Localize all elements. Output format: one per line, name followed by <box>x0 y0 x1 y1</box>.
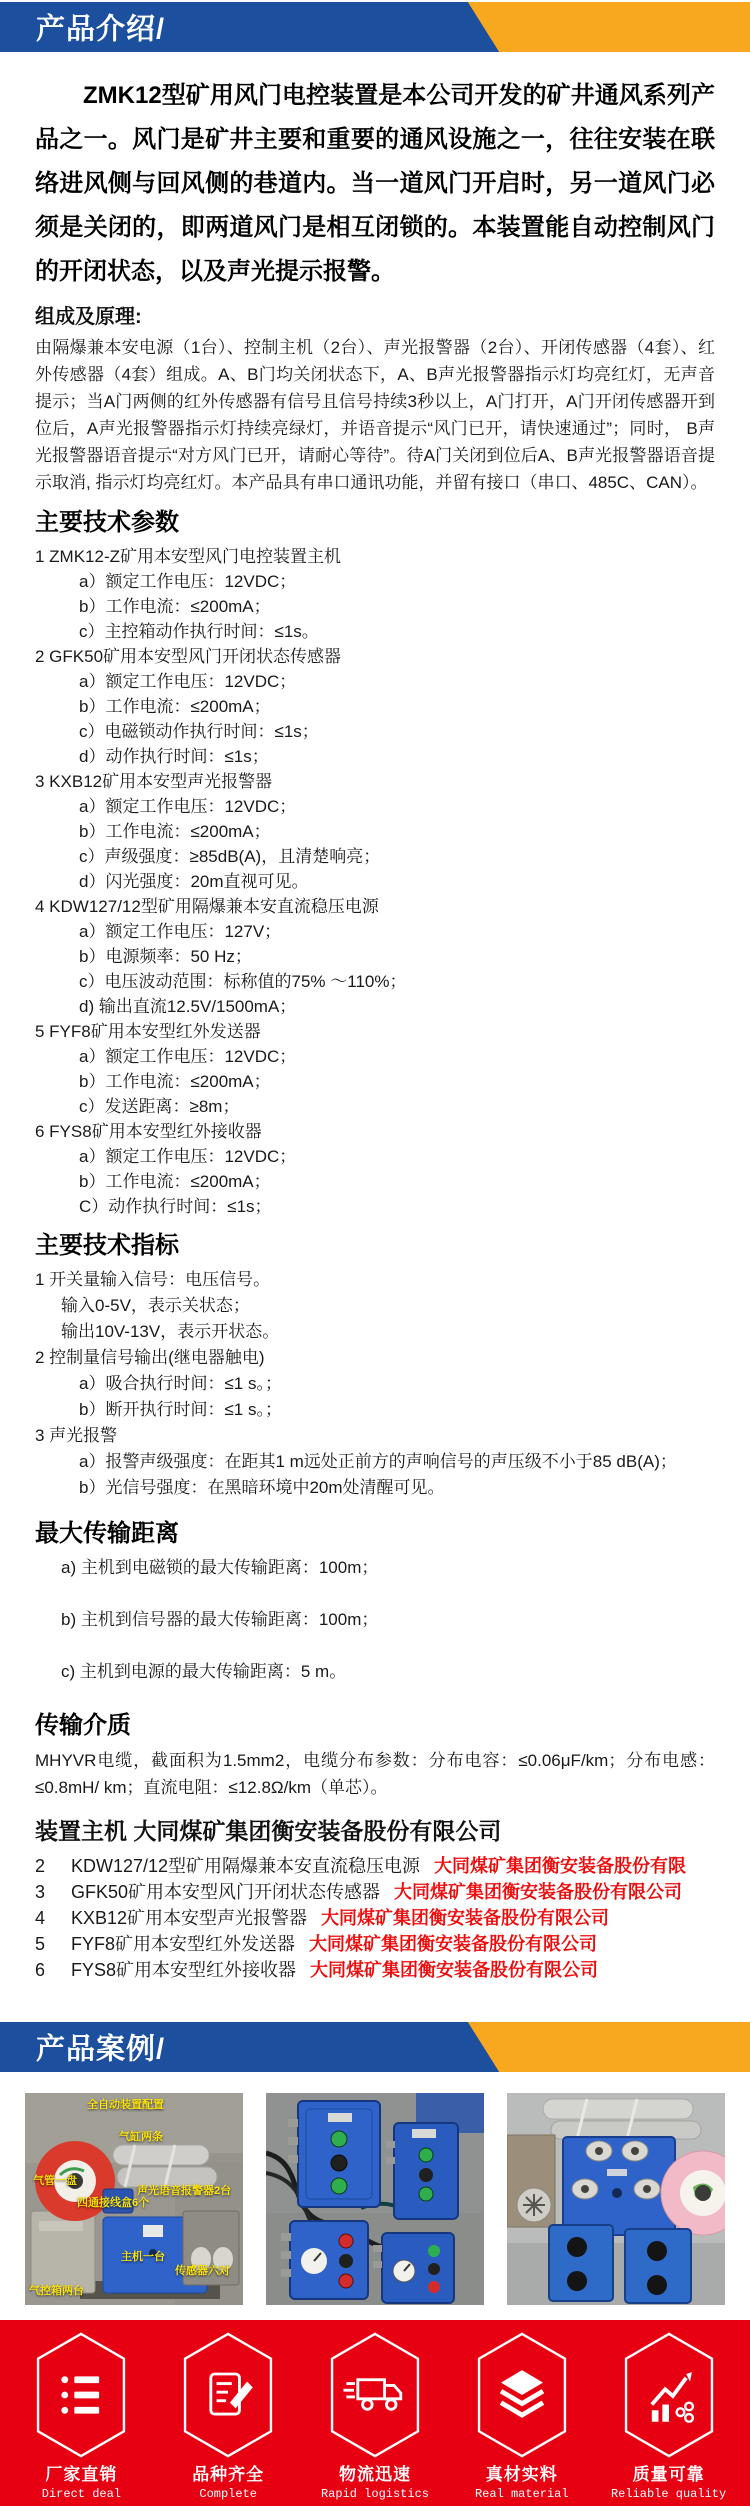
feature-label-en: Direct deal <box>42 2487 121 2501</box>
spec-line: c）电磁锁动作执行时间：≤1s； <box>79 719 715 744</box>
photo-annotation: 全自动装置配置 <box>87 2099 164 2111</box>
spec-line: a）额定工作电压：12VDC； <box>79 1044 715 1069</box>
feature-label-zh: 物流迅速 <box>339 2460 411 2485</box>
spec-line: a）报警声级强度：在距其1 m远处正前方的声响信号的声压级不小于85 dB(A)… <box>79 1449 715 1475</box>
spec-line: b) 主机到信号器的最大传输距离：100m； <box>61 1607 715 1633</box>
spec-line: b）工作电流：≤200mA； <box>79 694 715 719</box>
feature-label-zh: 厂家直销 <box>45 2460 117 2485</box>
medium-body: MHYVR电缆，截面积为1.5mm2，电缆分布参数：分布电容：≤0.06μF/k… <box>35 1747 715 1801</box>
section-banner-cases: 产品案例/ <box>0 2022 750 2072</box>
control-box <box>288 2101 380 2207</box>
spec-line: b）断开执行时间：≤1 s。； <box>79 1397 715 1423</box>
supplier-product-name: KXB12矿用本安型声光报警器 <box>71 1908 307 1928</box>
tech-indicators-heading: 主要技术指标 <box>35 1231 715 1261</box>
supplier-row: 6FYS8矿用本安型红外接收器大同煤矿集团衡安装备股份有限公司 <box>35 1957 715 1983</box>
product-photo-control-boxes[interactable] <box>266 2093 484 2305</box>
feature-reliable-quality: 质量可靠 Reliable quality <box>596 2332 742 2501</box>
supplier-product-name: KDW127/12型矿用隔爆兼本安直流稳压电源 <box>71 1856 420 1876</box>
spec-line: a) 主机到电磁锁的最大传输距离：100m； <box>61 1555 715 1581</box>
banner-orange-wedge <box>465 2022 750 2072</box>
spec-line: c）声级强度：≥85dB(A)，且清楚响亮； <box>79 844 715 869</box>
supplier-company-name: 大同煤矿集团衡安装备股份有限公司 <box>309 1934 597 1954</box>
spec-line: 2 GFK50矿用本安型风门开闭状态传感器 <box>35 644 715 669</box>
spec-line: b）工作电流：≤200mA； <box>79 819 715 844</box>
supplier-product-name: FYF8矿用本安型红外发送器 <box>71 1934 295 1954</box>
product-photos-row: 全自动装置配置 气缸两条 气管一盘 四通接线盒6个 声光语音报警器2台 主机一台… <box>0 2093 750 2305</box>
junction-box <box>625 2229 691 2303</box>
spec-line: c) 主机到电源的最大传输距离：5 m。 <box>61 1659 715 1685</box>
photo-annotation: 气缸两条 <box>119 2131 163 2143</box>
product-description: ZMK12型矿用风门电控装置是本公司开发的矿井通风系列产品之一。风门是矿井主要和… <box>35 60 715 1983</box>
feature-label-en: Real material <box>475 2487 569 2501</box>
spec-line: a）额定工作电压：12VDC； <box>79 1144 715 1169</box>
composition-heading: 组成及原理: <box>35 304 715 330</box>
feature-label-en: Complete <box>199 2487 257 2501</box>
spec-line: 1 开关量输入信号：电压信号。 <box>35 1267 715 1293</box>
spec-line: 4 KDW127/12型矿用隔爆兼本安直流稳压电源 <box>35 894 715 919</box>
spec-line: a）吸合执行时间：≤1 s。； <box>79 1371 715 1397</box>
spec-line: d) 输出直流12.5V/1500mA； <box>79 994 715 1019</box>
supplier-number: 6 <box>35 1957 71 1983</box>
supplier-number: 4 <box>35 1905 71 1931</box>
spec-line: 6 FYS8矿用本安型红外接收器 <box>35 1119 715 1144</box>
feature-label-zh: 质量可靠 <box>633 2460 705 2485</box>
spec-line: c）电压波动范围：标称值的75% ～110%； <box>79 969 715 994</box>
section-title-cases: 产品案例/ <box>36 2027 165 2068</box>
photo-annotation: 声光语音报警器2台 <box>137 2185 231 2197</box>
spec-line: b）工作电流：≤200mA； <box>79 1169 715 1194</box>
supplier-company-name: 大同煤矿集团衡安装备股份有限公司 <box>321 1908 609 1928</box>
photo-annotation: 气控箱两台 <box>29 2285 84 2297</box>
spec-line: 3 KXB12矿用本安型声光报警器 <box>35 769 715 794</box>
spec-line: 3 声光报警 <box>35 1423 715 1449</box>
section-title-intro: 产品介绍/ <box>36 7 165 48</box>
supplier-row: 4KXB12矿用本安型声光报警器大同煤矿集团衡安装备股份有限公司 <box>35 1905 715 1931</box>
junction-box <box>549 2225 613 2301</box>
supplier-row: 2KDW127/12型矿用隔爆兼本安直流稳压电源大同煤矿集团衡安装备股份有限 <box>35 1853 715 1879</box>
banner-orange-wedge <box>465 2 750 52</box>
supplier-company-name: 大同煤矿集团衡安装备股份有限公司 <box>310 1960 598 1980</box>
spec-line: 输入0-5V，表示关状态； <box>61 1293 715 1319</box>
supplier-company-name: 大同煤矿集团衡安装备股份有限 <box>434 1856 686 1876</box>
composition-body: 由隔爆兼本安电源（1台）、控制主机（2台）、声光报警器（2台）、开闭传感器（4套… <box>35 334 715 496</box>
control-box-gauge <box>373 2233 454 2303</box>
product-photo-panel-set[interactable] <box>507 2093 725 2305</box>
spec-line: 5 FYF8矿用本安型红外发送器 <box>35 1019 715 1044</box>
max-distance-heading: 最大传输距离 <box>35 1519 715 1549</box>
tech-params-list: 1 ZMK12-Z矿用本安型风门电控装置主机a）额定工作电压：12VDC；b）工… <box>35 544 715 1219</box>
benefits-footer: 厂家直销 Direct deal 品种齐全 Complete <box>0 2320 750 2506</box>
tech-indicators-list: 1 开关量输入信号：电压信号。输入0-5V，表示关状态；输出10V-13V，表示… <box>35 1267 715 1501</box>
supplier-number: 2 <box>35 1853 71 1879</box>
section-banner-intro: 产品介绍/ <box>0 2 750 52</box>
spec-line: b）光信号强度：在黑暗环境中20m处清醒可见。 <box>79 1475 715 1501</box>
control-box-gauge <box>281 2221 368 2299</box>
spec-line: 1 ZMK12-Z矿用本安型风门电控装置主机 <box>35 544 715 569</box>
spec-line: c）主控箱动作执行时间：≤1s。 <box>79 619 715 644</box>
supplier-number: 3 <box>35 1879 71 1905</box>
spec-line: c）发送距离：≥8m； <box>79 1094 715 1119</box>
spec-line: 输出10V-13V，表示开状态。 <box>61 1319 715 1345</box>
photo-panel-set-illustration <box>507 2093 725 2305</box>
suppliers-list: 2KDW127/12型矿用隔爆兼本安直流稳压电源大同煤矿集团衡安装备股份有限 3… <box>35 1853 715 1983</box>
photo-control-boxes-illustration <box>266 2093 484 2305</box>
medium-heading: 传输介质 <box>35 1711 715 1741</box>
layers-icon <box>501 2370 543 2415</box>
document-edit-icon <box>211 2374 253 2414</box>
list-icon <box>62 2376 100 2413</box>
photo-annotation: 传感器六对 <box>175 2265 230 2277</box>
feature-direct-deal: 厂家直销 Direct deal <box>8 2332 154 2501</box>
spec-line: b）工作电流：≤200mA； <box>79 594 715 619</box>
supplier-row: 3GFK50矿用本安型风门开闭状态传感器大同煤矿集团衡安装备股份有限公司 <box>35 1879 715 1905</box>
photo-annotation: 主机一台 <box>121 2251 165 2263</box>
spec-line: a）额定工作电压：127V； <box>79 919 715 944</box>
spec-line: a）额定工作电压：12VDC； <box>79 569 715 594</box>
feature-label-en: Reliable quality <box>611 2487 726 2501</box>
spec-line: a）额定工作电压：12VDC； <box>79 669 715 694</box>
feature-label-zh: 真材实料 <box>486 2460 558 2485</box>
supplier-product-name: FYS8矿用本安型红外接收器 <box>71 1960 296 1980</box>
spec-line: b）工作电流：≤200mA； <box>79 1069 715 1094</box>
product-photo-kit[interactable]: 全自动装置配置 气缸两条 气管一盘 四通接线盒6个 声光语音报警器2台 主机一台… <box>25 2093 243 2305</box>
suppliers-heading: 装置主机 大同煤矿集团衡安装备股份有限公司 <box>35 1817 715 1845</box>
supplier-number: 5 <box>35 1931 71 1957</box>
feature-complete: 品种齐全 Complete <box>155 2332 301 2501</box>
truck-icon <box>343 2380 400 2410</box>
feature-real-material: 真材实料 Real material <box>449 2332 595 2501</box>
feature-rapid-logistics: 物流迅速 Rapid logistics <box>302 2332 448 2501</box>
spec-line: d）动作执行时间：≤1s； <box>79 744 715 769</box>
supplier-company-name: 大同煤矿集团衡安装备股份有限公司 <box>394 1882 682 1902</box>
spec-line: d）闪光强度：20m直视可见。 <box>79 869 715 894</box>
sensor-panel <box>563 2137 675 2235</box>
supplier-row: 5FYF8矿用本安型红外发送器大同煤矿集团衡安装备股份有限公司 <box>35 1931 715 1957</box>
tech-params-heading: 主要技术参数 <box>35 508 715 538</box>
growth-chart-icon <box>651 2372 692 2422</box>
spec-line: C）动作执行时间：≤1s； <box>79 1194 715 1219</box>
control-box <box>386 2123 458 2219</box>
max-distance-list: a) 主机到电磁锁的最大传输距离：100m；b) 主机到信号器的最大传输距离：1… <box>35 1555 715 1685</box>
spec-line: a）额定工作电压：12VDC； <box>79 794 715 819</box>
intro-paragraph: ZMK12型矿用风门电控装置是本公司开发的矿井通风系列产品之一。风门是矿井主要和… <box>35 74 715 294</box>
spec-line: b）电源频率：50 Hz； <box>79 944 715 969</box>
photo-annotation: 气管一盘 <box>33 2175 77 2187</box>
feature-label-zh: 品种齐全 <box>192 2460 264 2485</box>
feature-label-en: Rapid logistics <box>321 2487 429 2501</box>
supplier-product-name: GFK50矿用本安型风门开闭状态传感器 <box>71 1882 380 1902</box>
spec-line: 2 控制量信号输出(继电器触电) <box>35 1345 715 1371</box>
photo-annotation: 四通接线盒6个 <box>77 2197 149 2209</box>
